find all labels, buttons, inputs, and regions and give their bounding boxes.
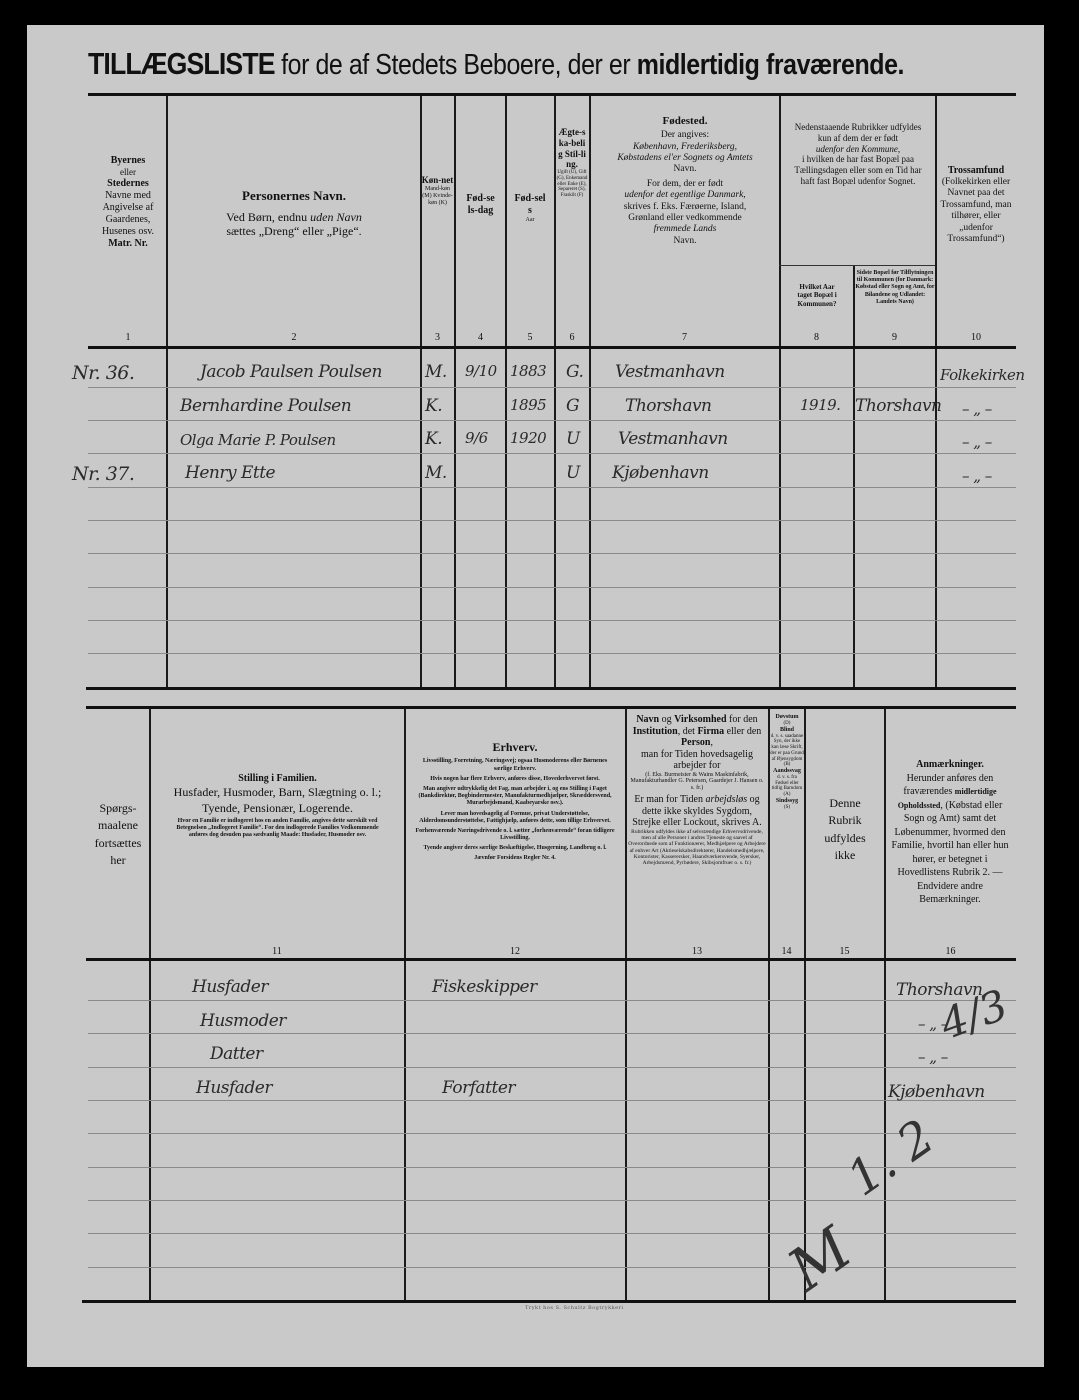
- row-rule: [88, 553, 1016, 554]
- printer-imprint: Trykt hos S. Schultz Bogtrykkeri: [525, 1305, 624, 1311]
- header-col-5: Fød-sels Aar: [506, 193, 554, 224]
- header-text: Hvis nogen har flere Erhverv, anføres di…: [415, 776, 615, 783]
- col-divider: [779, 96, 781, 688]
- religion: Folkekirken: [940, 366, 1025, 384]
- occupation: Forfatter: [442, 1078, 515, 1098]
- column-number: 7: [590, 332, 779, 343]
- col-divider: [454, 96, 456, 688]
- col-divider: [149, 709, 151, 1301]
- marital-status: G.: [566, 362, 583, 382]
- header-text: ikke: [806, 847, 884, 864]
- column-number: 14: [769, 946, 804, 957]
- header-text: Rubrikken udfyldes ikke af selvstændige …: [628, 829, 766, 867]
- column-number: 13: [626, 946, 768, 957]
- column-number: 3: [421, 332, 454, 343]
- header-text: Ugift (U), Gift (G), Enkemand eller Enke…: [555, 170, 589, 199]
- header-text: Husfader, Husmoder, Barn, Slægtning o. l…: [160, 785, 395, 816]
- header-text: (Folkekirken eller Navnet paa det Trossa…: [937, 177, 1015, 245]
- header-title: Personernes Navn.: [168, 188, 420, 204]
- family-position: Husmoder: [200, 1011, 286, 1031]
- sex: K.: [425, 429, 442, 449]
- matr-nr: Nr. 36.: [72, 362, 134, 384]
- row-rule: [88, 487, 1016, 488]
- header-text: for den: [729, 714, 758, 725]
- birthplace: Kjøbenhavn: [612, 463, 709, 483]
- column-number: 6: [555, 332, 589, 343]
- header-text: sættes „Dreng“ eller „Pige“.: [168, 224, 420, 238]
- header-text: arbejdsløs: [705, 794, 747, 805]
- header-text: For dem, der er født: [600, 179, 770, 190]
- col-divider: [166, 96, 168, 688]
- header-col-12: Erhverv. Livsstilling, Forretning, Nærin…: [415, 740, 615, 863]
- column-number: 10: [936, 332, 1016, 343]
- col-divider: [625, 709, 627, 1301]
- col-divider: [404, 709, 406, 1301]
- header-text: Der angives:: [600, 130, 770, 141]
- header-title: Fød-sels: [514, 193, 546, 217]
- header-title: Erhverv.: [415, 740, 615, 754]
- marital-status: U: [566, 463, 580, 483]
- header-col-8: Hvilket Aar taget Bopæl i Kommunen?: [782, 283, 852, 308]
- form-title: TILLÆGSLISTE for de af Stedets Beboere, …: [88, 46, 901, 86]
- header-text: ,: [710, 737, 713, 748]
- header-text: Rubrik: [806, 812, 884, 829]
- header-col-14: Døvstum (D) Blind d. v. s. saadanne Syn,…: [770, 714, 804, 811]
- row-rule: [88, 620, 1016, 621]
- row-rule: [88, 420, 1016, 421]
- header-text: og: [662, 714, 672, 725]
- year-moved: 1919.: [800, 396, 840, 414]
- header-text: , (Købstad eller Sogn og Amt) samt det L…: [892, 800, 1009, 906]
- column-number: 11: [150, 946, 404, 957]
- header-text: Nedenstaaende Rubrikker udfyldes kun af …: [790, 122, 926, 144]
- header-text: uden Navn: [310, 210, 362, 224]
- header-col-6: Ægte-ska-belig Stil-ling. Ugift (U), Gif…: [555, 127, 589, 199]
- header-text: Person: [681, 737, 710, 748]
- matr-nr: Nr. 37.: [72, 463, 134, 485]
- header-text: Tyende angiver deres særlige Beskæftigel…: [415, 845, 615, 852]
- header-text: Jævnfør Forsidens Regler Nr. 4.: [415, 855, 615, 862]
- header-text: Aar: [514, 217, 546, 224]
- sex: M.: [425, 362, 447, 382]
- row-rule: [88, 1067, 1016, 1068]
- person-name: Olga Marie P. Poulsen: [180, 431, 336, 449]
- header-text: Lever man hovedsagelig af Formue, privat…: [415, 811, 615, 825]
- header-text: , det: [678, 726, 695, 737]
- header-text: Institution: [633, 726, 678, 737]
- header-col-9: Sidste Bopæl før Tilflytningen til Kommu…: [855, 270, 935, 306]
- header-text: fremmede Lands: [600, 224, 770, 235]
- column-number: 1: [90, 332, 166, 343]
- row-rule: [88, 520, 1016, 521]
- header-text: Sindssyg: [770, 798, 804, 805]
- header-col-2: Personernes Navn. Ved Børn, endnu uden N…: [168, 188, 420, 238]
- family-position: Husfader: [196, 1078, 272, 1098]
- header-text: Virksomhed: [674, 714, 726, 725]
- header-text: d. v. s. fra Fødsel eller tidlig Barndom: [770, 775, 804, 792]
- remark: Kjøbenhavn: [888, 1082, 985, 1102]
- row-rule: [88, 1100, 1016, 1101]
- header-text: Husenes osv.: [90, 226, 166, 238]
- column-number: 5: [506, 332, 554, 343]
- header-col-15: Denne Rubrik udfyldes ikke: [806, 795, 884, 865]
- birth-year: 1895: [510, 396, 546, 414]
- header-text: Byernes: [90, 155, 166, 167]
- header-text: Aandssvag: [770, 768, 804, 775]
- column-number: 2: [168, 332, 420, 343]
- religion: – „ –: [962, 467, 992, 485]
- row-rule: [88, 387, 1016, 388]
- header-text: udenfor det egentlige Danmark,: [600, 190, 770, 201]
- header-col-3: Køn-net Mand-køn (M) Kvinde-køn (K): [421, 175, 454, 206]
- title-middle: for de af Stedets Beboere, der er: [281, 49, 630, 81]
- header-text: Hvor en Familie er indlogeret hos en and…: [160, 816, 395, 839]
- title-underline: [88, 93, 1016, 96]
- sex: M.: [425, 463, 447, 483]
- header-text: man for Tiden hovedsagelig arbejder for: [628, 749, 766, 772]
- continued-note: Spørgs- maalene fortsættes her: [88, 800, 148, 870]
- header-col-7: Fødested. Der angives: København, Freder…: [600, 115, 770, 247]
- birth-year: 1920: [510, 429, 546, 447]
- header-text: Navne med: [90, 190, 166, 202]
- note-text: fortsættes: [88, 835, 148, 852]
- row-rule: [88, 653, 1016, 654]
- family-position: Datter: [210, 1044, 263, 1064]
- row-rule: [88, 1233, 1016, 1234]
- column-number: 4: [456, 332, 505, 343]
- header-text: Firma: [697, 726, 724, 737]
- marital-status: G: [566, 396, 579, 416]
- header-text: Ved Børn, endnu: [226, 210, 307, 224]
- header-text: Blind: [770, 727, 804, 734]
- header-text: Matr. Nr.: [90, 238, 166, 250]
- column-number: 8: [780, 332, 853, 343]
- previous-residence: Thorshavn: [855, 396, 942, 416]
- bottom-table-top-rule: [86, 706, 1016, 709]
- header-col-4: Fød-sels-dag: [456, 193, 505, 217]
- birthday: 9/6: [465, 429, 488, 447]
- family-position: Husfader: [192, 977, 268, 997]
- header-text: Denne: [806, 795, 884, 812]
- header-title: Trossamfund: [937, 165, 1015, 177]
- header-col-13: Navn og Virksomhed for den Institution, …: [628, 714, 766, 867]
- bottom-table-bottom-rule: [82, 1300, 1016, 1303]
- note-text: maalene: [88, 817, 148, 834]
- header-text: Angivelse af: [90, 202, 166, 214]
- row-rule: [88, 1000, 1016, 1001]
- birthday: 9/10: [465, 362, 497, 380]
- header-text: Er man for Tiden: [634, 794, 703, 805]
- header-title: Fødested.: [600, 115, 770, 128]
- header-text: Navn.: [600, 236, 770, 247]
- column-number: 16: [885, 946, 1016, 957]
- header-text: Gaardenes,: [90, 214, 166, 226]
- header-text: (S): [770, 805, 804, 811]
- header-text: Stedernes: [90, 178, 166, 190]
- row-rule: [88, 587, 1016, 588]
- header-title: Anmærkninger.: [888, 758, 1012, 772]
- row-rule: [88, 1033, 1016, 1034]
- header-bottom-rule: [88, 346, 1016, 349]
- note-text: her: [88, 852, 148, 869]
- sex: K.: [425, 396, 442, 416]
- header-text: Døvstum: [770, 714, 804, 721]
- table-bottom-rule: [86, 687, 1016, 690]
- birthplace: Vestmanhavn: [618, 429, 728, 449]
- title-bold-right: midlertidig fraværende.: [637, 49, 904, 81]
- header-title: Ægte-ska-belig Stil-ling.: [555, 127, 589, 170]
- header-text: Man angiver udtrykkelig det Fag, man arb…: [415, 786, 615, 808]
- title-bold-left: TILLÆGSLISTE: [88, 46, 275, 81]
- header-text: i hvilken de har fast Bopæl paa Tællings…: [790, 154, 926, 186]
- bottom-header-rule: [86, 958, 1016, 961]
- person-name: Jacob Paulsen Poulsen: [200, 362, 382, 382]
- header-col-10: Trossamfund (Folkekirken eller Navnet pa…: [937, 165, 1015, 245]
- header-text: udenfor den Kommune,: [790, 144, 926, 155]
- occupation: Fiskeskipper: [432, 977, 537, 997]
- birthplace: Vestmanhavn: [615, 362, 725, 382]
- header-text: Forhenværende Næringsdrivende o. l. sætt…: [415, 828, 615, 842]
- header-text: København, Frederiksberg, Købstadens el'…: [600, 142, 770, 165]
- row-rule: [88, 453, 1016, 454]
- header-text: Mand-køn (M) Kvinde-køn (K): [421, 186, 454, 207]
- col-divider: [505, 96, 507, 688]
- header-text: eller: [90, 167, 166, 178]
- header-text: eller den: [727, 726, 762, 737]
- marital-status: U: [566, 429, 580, 449]
- header-text: Livsstilling, Forretning, Næringsvej; og…: [415, 758, 615, 772]
- subheader-divider: [779, 265, 935, 266]
- header-col-1: Byernes eller Stedernes Navne med Angive…: [90, 155, 166, 250]
- remark: – „ –: [918, 1048, 948, 1066]
- header-col-8-9-group: Nedenstaaende Rubrikker udfyldes kun af …: [790, 122, 926, 187]
- header-text: udfyldes: [806, 830, 884, 847]
- header-text: Navn: [636, 714, 659, 725]
- person-name: Bernhardine Poulsen: [180, 396, 351, 416]
- header-title: Køn-net: [421, 175, 454, 186]
- col-divider: [589, 96, 591, 688]
- header-text: (f. Eks. Burmeister & Wains Maskinfabrik…: [628, 772, 766, 793]
- col-divider: [853, 265, 855, 688]
- header-col-16: Anmærkninger. Herunder anføres den fravæ…: [888, 758, 1012, 907]
- birthplace: Thorshavn: [625, 396, 712, 416]
- header-text: Navn.: [600, 164, 770, 175]
- note-text: Spørgs-: [88, 800, 148, 817]
- column-number: 12: [405, 946, 625, 957]
- row-rule: [88, 1267, 1016, 1268]
- header-title: Stilling i Familien.: [160, 772, 395, 785]
- header-text: skrives f. Eks. Færøerne, Island, Grønla…: [600, 202, 770, 225]
- birth-year: 1883: [510, 362, 546, 380]
- religion: – „ –: [962, 433, 992, 451]
- header-text: d. v. s. saadanne Syn, der ikke kan læse…: [770, 734, 804, 763]
- column-number: 9: [854, 332, 935, 343]
- religion: – „ –: [962, 400, 992, 418]
- column-number: 15: [805, 946, 884, 957]
- col-divider: [884, 709, 886, 1301]
- header-col-11: Stilling i Familien. Husfader, Husmoder,…: [160, 772, 395, 839]
- person-name: Henry Ette: [185, 463, 275, 483]
